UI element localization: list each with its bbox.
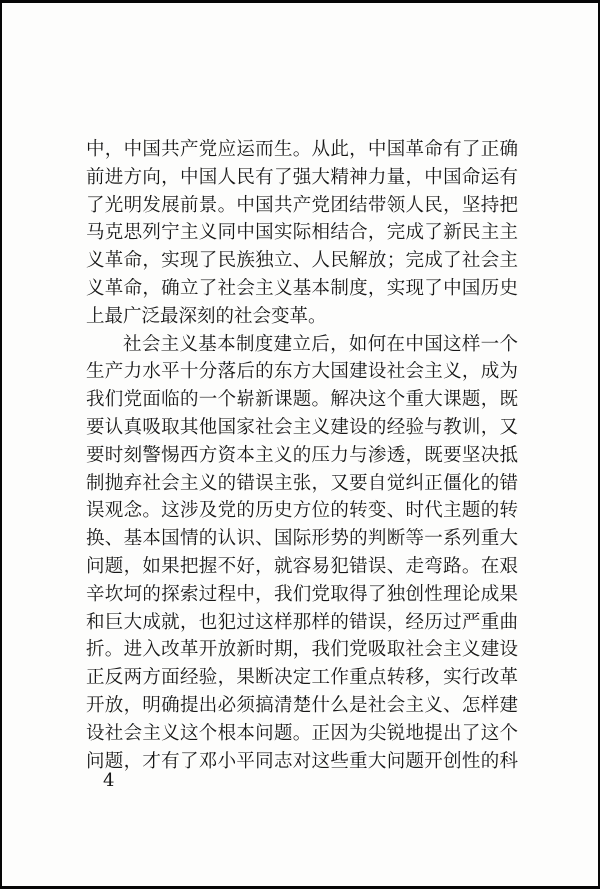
text-line: 制抛弃社会主义的错误主张，又要自觉纠正僵化的错 [86,470,518,498]
text-line: 义革命，确立了社会主义基本制度，实现了中国历史 [86,275,518,303]
body-text: 中，中国共产党应运而生。从此，中国革命有了正确前进方向，中国人民有了强大精神力量… [86,136,518,775]
text-line: 马克思列宁主义同中国实际相结合，完成了新民主主 [86,219,518,247]
text-line: 正反两方面经验，果断决定工作重点转移，实行改革 [86,664,518,692]
text-line: 问题，才有了邓小平同志对这些重大问题开创性的科 [86,748,518,776]
text-line: 开放，明确提出必须搞清楚什么是社会主义、怎样建 [86,692,518,720]
text-line: 辛坎坷的探索过程中，我们党取得了独创性理论成果 [86,581,518,609]
text-line: 我们党面临的一个崭新课题。解决这个重大课题，既 [86,386,518,414]
book-page: 中，中国共产党应运而生。从此，中国革命有了正确前进方向，中国人民有了强大精神力量… [0,0,600,889]
page-number: 4 [103,769,114,793]
text-line: 义革命，实现了民族独立、人民解放；完成了社会主 [86,247,518,275]
text-line: 换、基本国情的认识、国际形势的判断等一系列重大 [86,525,518,553]
text-line: 要时刻警惕西方资本主义的压力与渗透，既要坚决抵 [86,442,518,470]
text-line: 上最广泛最深刻的社会变革。 [86,303,518,331]
text-line: 和巨大成就，也犯过这样那样的错误，经历过严重曲 [86,609,518,637]
text-line: 折。进入改革开放新时期，我们党吸取社会主义建设 [86,636,518,664]
text-line: 误观念。这涉及党的历史方位的转变、时代主题的转 [86,497,518,525]
text-line: 要认真吸取其他国家社会主义建设的经验与教训，又 [86,414,518,442]
text-line: 社会主义基本制度建立后，如何在中国这样一个 [86,331,518,359]
text-line: 了光明发展前景。中国共产党团结带领人民，坚持把 [86,192,518,220]
text-line: 前进方向，中国人民有了强大精神力量，中国命运有 [86,164,518,192]
text-line: 问题，如果把握不好，就容易犯错误、走弯路。在艰 [86,553,518,581]
text-line: 中，中国共产党应运而生。从此，中国革命有了正确 [86,136,518,164]
text-line: 设社会主义这个根本问题。正因为尖锐地提出了这个 [86,720,518,748]
text-line: 生产力水平十分落后的东方大国建设社会主义，成为 [86,358,518,386]
